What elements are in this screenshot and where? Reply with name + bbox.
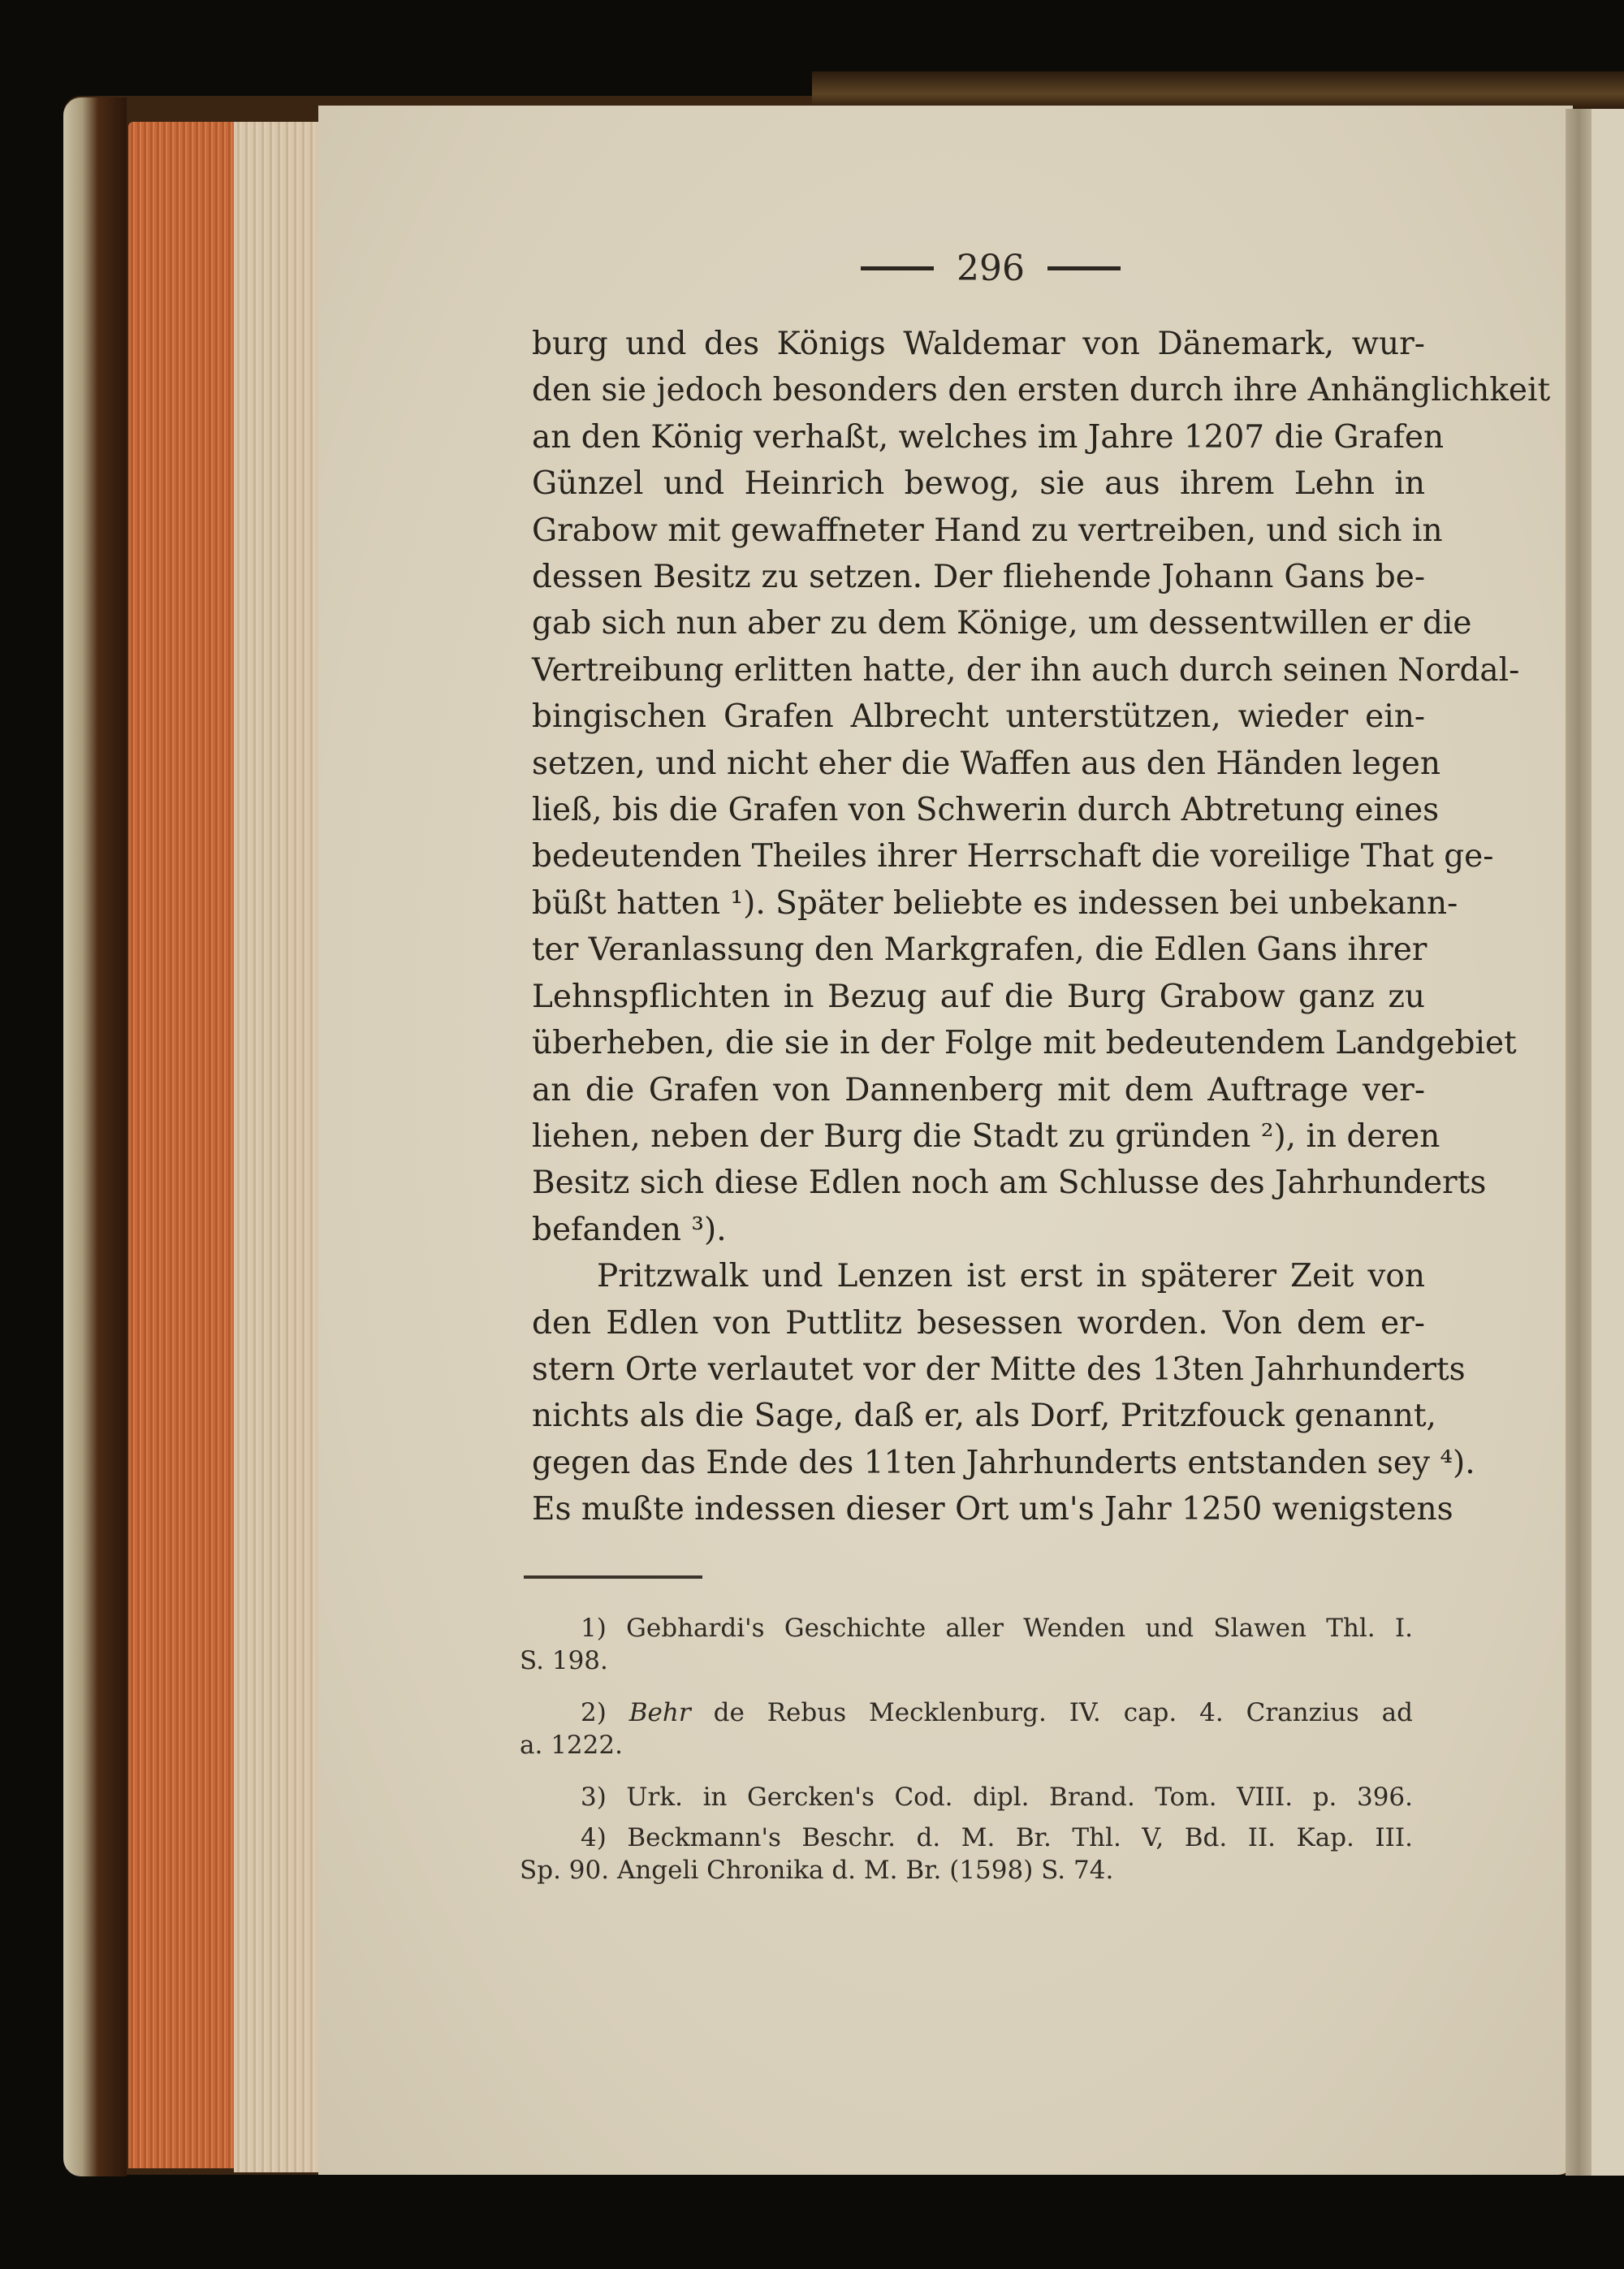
page-stack-edges (234, 122, 322, 2172)
text-line: den Edlen von Puttlitz besessen worden. … (532, 1300, 1425, 1346)
book-spine-edge (63, 97, 127, 2176)
text-line: liehen, neben der Burg die Stadt zu grün… (532, 1113, 1425, 1160)
footnote-marker: 3) (581, 1783, 607, 1812)
page-header: 296 (820, 244, 1161, 292)
footnote-line: 1) Gebhardi's Geschichte aller Wenden un… (520, 1612, 1413, 1644)
text-line: gegen das Ende des 11ten Jahrhunderts en… (532, 1440, 1425, 1486)
header-rule-right (1047, 266, 1121, 270)
text-line: gab sich nun aber zu dem Könige, um dess… (532, 600, 1425, 646)
text-line: Es mußte indessen dieser Ort um's Jahr 1… (532, 1486, 1425, 1532)
text-line: bingischen Grafen Albrecht unterstützen,… (532, 694, 1425, 740)
text-line: Besitz sich diese Edlen noch am Schlusse… (532, 1160, 1425, 1206)
text-line: ließ, bis die Grafen von Schwerin durch … (532, 787, 1425, 833)
text-line: ter Veranlassung den Markgrafen, die Edl… (532, 927, 1425, 973)
text-line: Vertreibung erlitten hatte, der ihn auch… (532, 647, 1425, 694)
text-line: setzen, und nicht eher die Waffen aus de… (532, 741, 1425, 787)
text-line: Lehnspflichten in Bezug auf die Burg Gra… (532, 974, 1425, 1020)
footnote-separator (524, 1575, 702, 1579)
footnote-marker: 1) (581, 1614, 607, 1643)
text-line: Grabow mit gewaffneter Hand zu vertreibe… (532, 508, 1425, 554)
footnote-4: 4) Beckmann's Beschr. d. M. Br. Thl. V, … (520, 1822, 1413, 1887)
footnote-line: 2) Behr de Rebus Mecklenburg. IV. cap. 4… (520, 1696, 1413, 1729)
book-cover-top-edge (812, 71, 1624, 109)
footnote-line: 4) Beckmann's Beschr. d. M. Br. Thl. V, … (520, 1822, 1413, 1854)
text-line: büßt hatten ¹). Später beliebte es indes… (532, 880, 1425, 927)
facing-page-edge (1592, 109, 1624, 2176)
footnote-1: 1) Gebhardi's Geschichte aller Wenden un… (520, 1612, 1413, 1677)
text-line: den sie jedoch besonders den ersten durc… (532, 367, 1425, 413)
footnote-text: Beckmann's Beschr. d. M. Br. Thl. V, Bd.… (627, 1823, 1413, 1852)
footnote-marker: 2) (581, 1698, 607, 1727)
footnote-author: Behr (629, 1698, 691, 1727)
text-line-paragraph-start: Pritzwalk und Lenzen ist erst in spätere… (532, 1253, 1425, 1299)
footnote-text: Urk. in Gercken's Cod. dipl. Brand. Tom.… (626, 1783, 1413, 1812)
footnote-text: Gebhardi's Geschichte aller Wenden und S… (626, 1614, 1413, 1643)
header-rule-left (861, 266, 934, 270)
text-line: stern Orte verlautet vor der Mitte des 1… (532, 1346, 1425, 1393)
footnote-line: a. 1222. (520, 1729, 1413, 1761)
footnote-2: 2) Behr de Rebus Mecklenburg. IV. cap. 4… (520, 1696, 1413, 1761)
footnote-line: 3) Urk. in Gercken's Cod. dipl. Brand. T… (520, 1781, 1413, 1813)
text-line: burg und des Königs Waldemar von Dänemar… (532, 321, 1425, 367)
text-line: nichts als die Sage, daß er, als Dorf, P… (532, 1393, 1425, 1439)
text-line: an die Grafen von Dannenberg mit dem Auf… (532, 1067, 1425, 1113)
page-number: 296 (957, 248, 1025, 289)
red-page-edges (128, 122, 234, 2168)
footnote-text: de Rebus Mecklenburg. IV. cap. 4. Cranzi… (714, 1698, 1413, 1727)
footnote-line: Sp. 90. Angeli Chronika d. M. Br. (1598)… (520, 1854, 1413, 1887)
text-line: bedeutenden Theiles ihrer Herrschaft die… (532, 833, 1425, 880)
text-line: Günzel und Heinrich bewog, sie aus ihrem… (532, 460, 1425, 507)
text-line: an den König verhaßt, welches im Jahre 1… (532, 414, 1425, 460)
text-line: dessen Besitz zu setzen. Der fliehende J… (532, 554, 1425, 600)
footnote-marker: 4) (581, 1823, 607, 1852)
text-line: befanden ³). (532, 1207, 1425, 1253)
text-line: überheben, die sie in der Folge mit bede… (532, 1020, 1425, 1066)
footnote-line: S. 198. (520, 1644, 1413, 1677)
footnotes: 1) Gebhardi's Geschichte aller Wenden un… (520, 1612, 1413, 1906)
footnote-3: 3) Urk. in Gercken's Cod. dipl. Brand. T… (520, 1781, 1413, 1813)
body-text: burg und des Königs Waldemar von Dänemar… (532, 321, 1425, 1533)
book-gutter (1566, 109, 1592, 2176)
